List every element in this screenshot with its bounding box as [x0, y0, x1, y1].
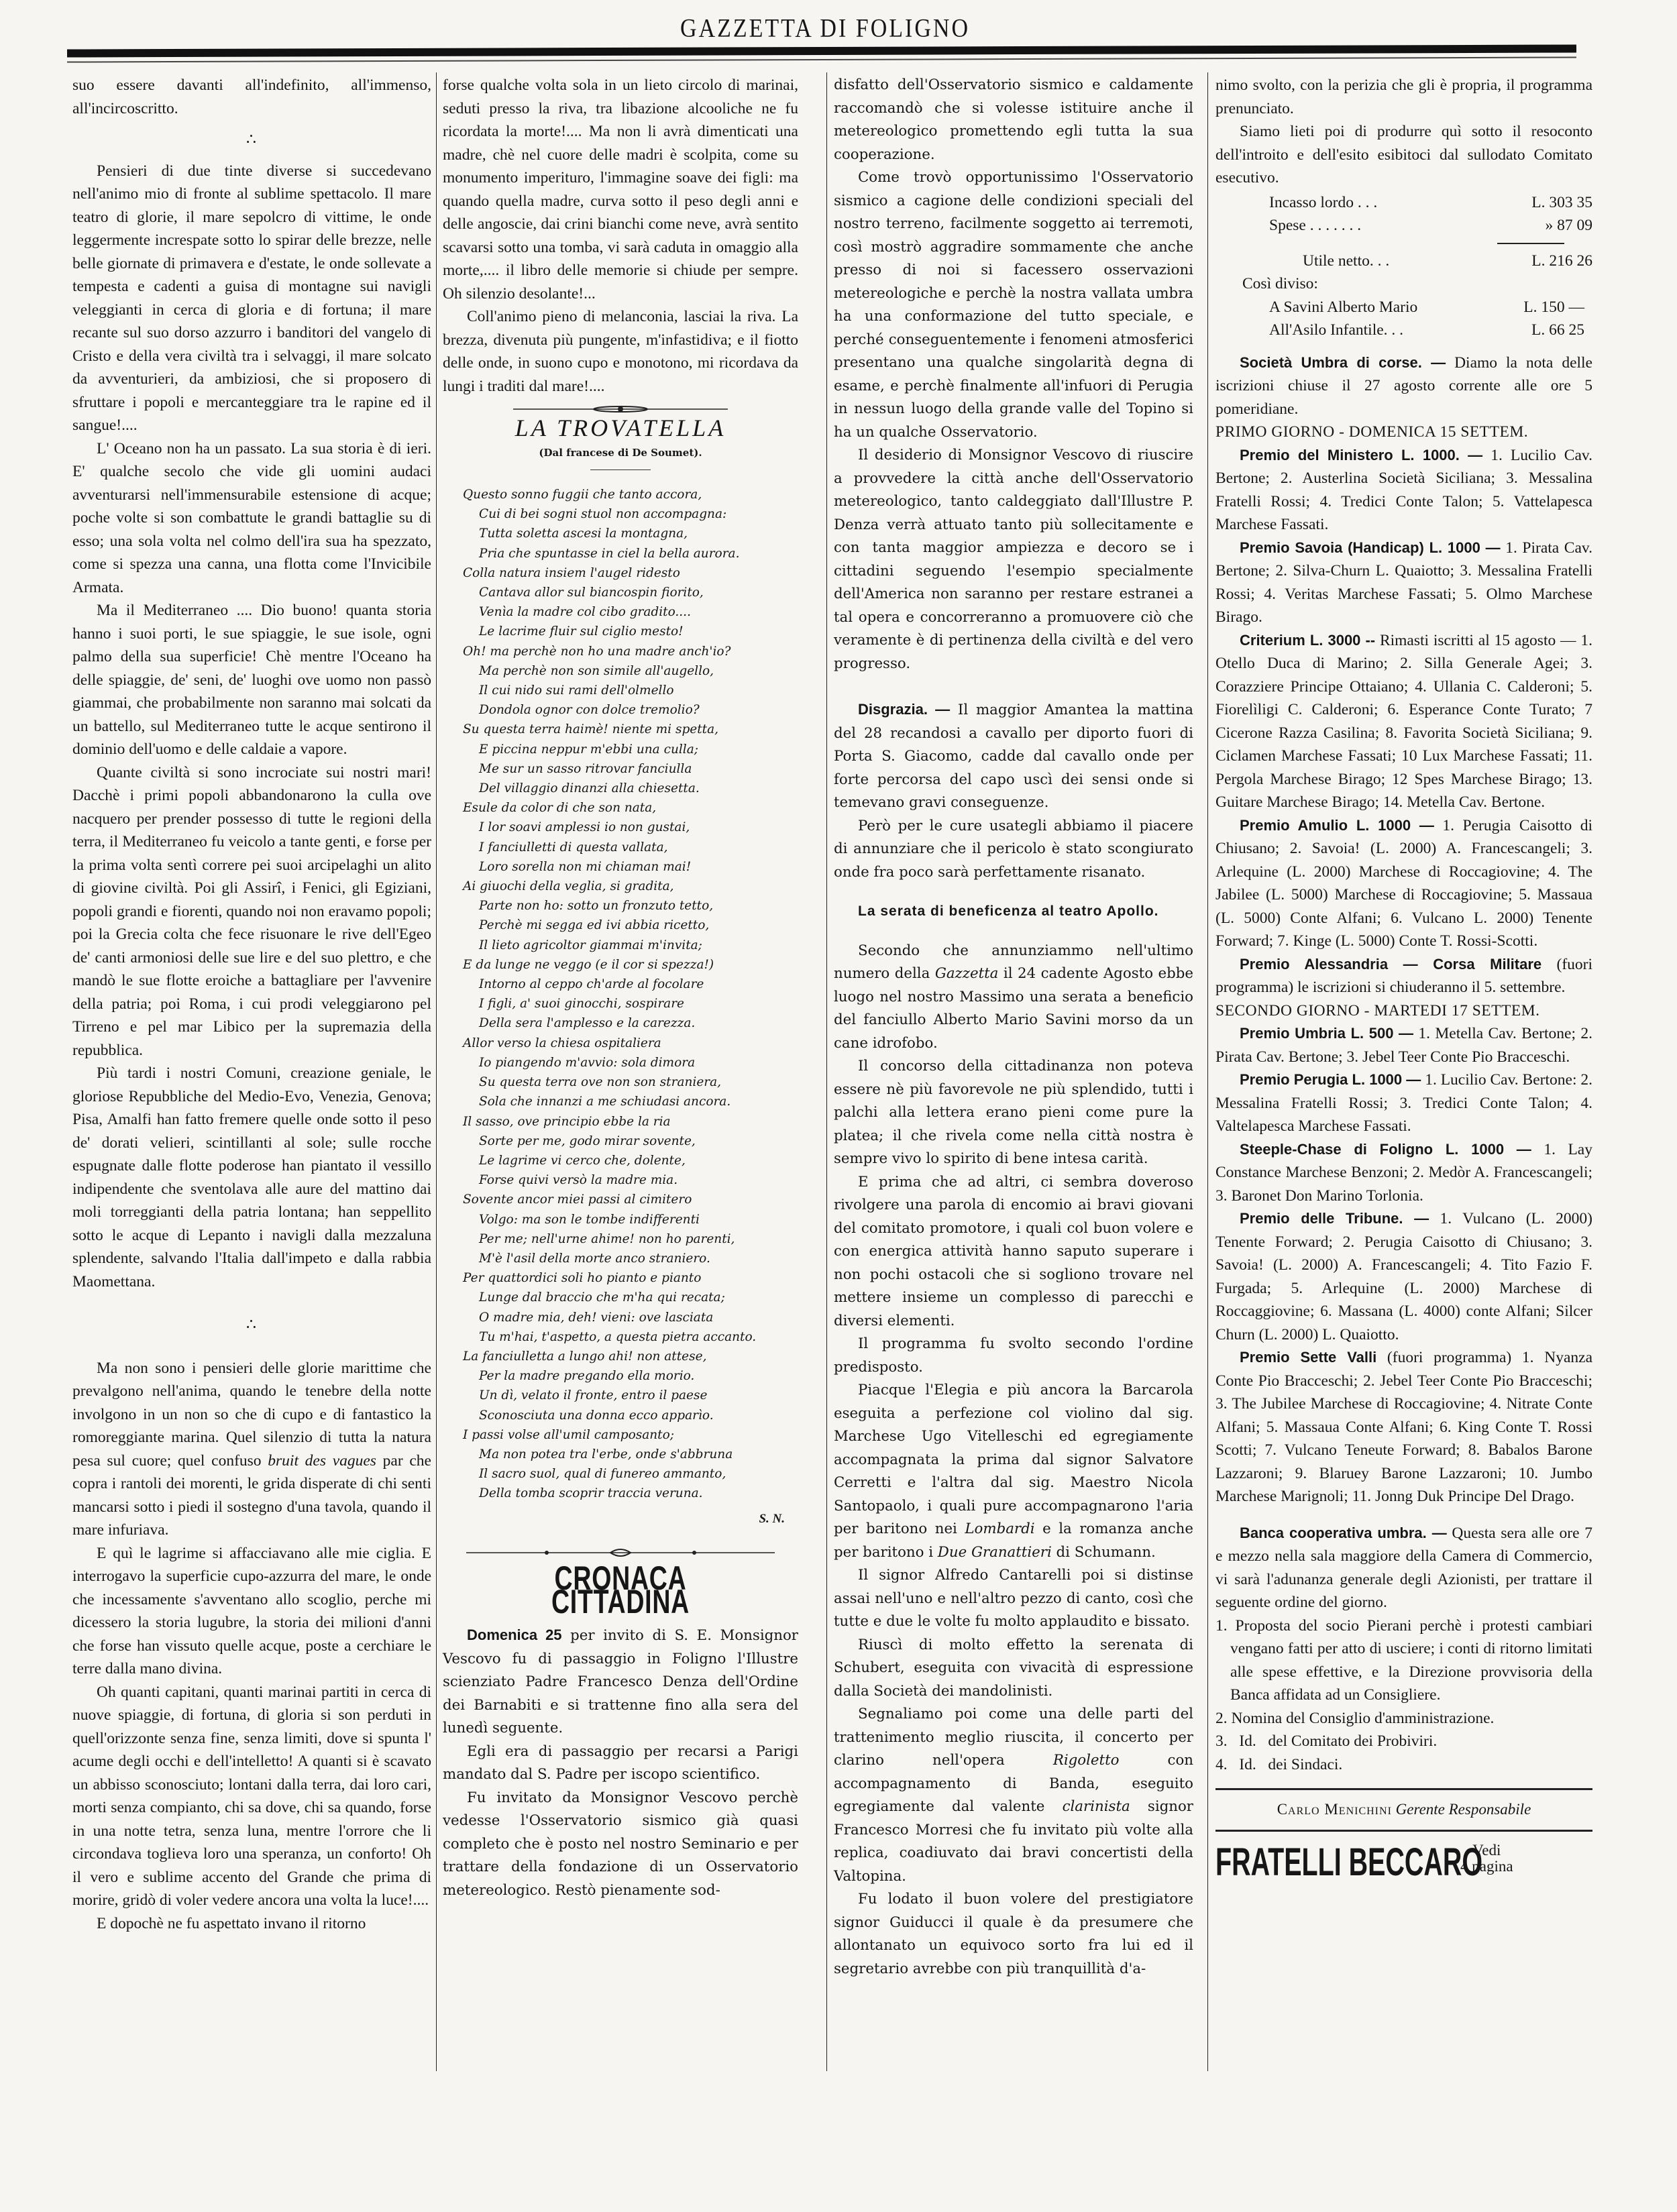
paragraph: Fu invitato da Monsignor Vescovo perchè … [443, 1787, 798, 1903]
poem-line: I figli, a' suoi ginocchi, sospirare [463, 994, 798, 1013]
poem-line: Del villaggio dinanzi alla chiesetta. [463, 779, 798, 798]
divider [590, 469, 651, 470]
poem-title: LA TROVATELLA [443, 417, 798, 440]
poem-line: Sorte per me, godo mirar sovente, [463, 1131, 798, 1151]
ad-name: FRATELLI BECCARO [1215, 1851, 1453, 1875]
paragraph: Egli era di passaggio per recarsi a Pari… [443, 1740, 798, 1787]
paragraph: E quì le lagrime si affacciavano alle mi… [72, 1542, 431, 1681]
paragraph: Il signor Alfredo Cantarelli poi si dist… [834, 1564, 1193, 1634]
section-title: CRONACA CITTADINA [487, 1567, 754, 1613]
poem-line: Intorno al ceppo ch'arde al focolare [463, 975, 798, 994]
paragraph: Domenica 25 per invito di S. E. Monsigno… [443, 1624, 798, 1740]
poem-line: Perchè mi segga ed ivi abbia ricetto, [463, 916, 798, 935]
paragraph: Pensieri di due tinte diverse si succede… [72, 160, 431, 437]
poem-line: I fanciulletti di questa vallata, [463, 838, 798, 857]
race-entry: Premio Savoia (Handicap) L. 1000 — 1. Pi… [1215, 537, 1592, 629]
column-divider [436, 72, 437, 2071]
paragraph: Fu lodato il buon volere del prestigiato… [834, 1888, 1193, 1981]
poem-line: Sola che innanzi a me schiudasi ancora. [463, 1092, 798, 1111]
paragraph: Oh quanti capitani, quanti marinai parti… [72, 1681, 431, 1912]
poem-line: Forse quivi versò la madre mia. [463, 1170, 798, 1190]
race-entry: Premio delle Tribune. — 1. Vulcano (L. 2… [1215, 1207, 1592, 1346]
paragraph: Piacque l'Elegia e più ancora la Barcaro… [834, 1379, 1193, 1564]
masthead-rule [67, 44, 1576, 57]
poem-line: Oh! ma perchè non ho una madre anch'io? [463, 642, 798, 661]
poem-line: Su questa terra haimè! niente mi spetta, [463, 720, 798, 739]
poem-line: Le lagrime vi cerco che, dolente, [463, 1151, 798, 1170]
poem-line: E piccina neppur m'ebbi una culla; [463, 740, 798, 759]
poem-line: M'è l'asil della morte anco straniero. [463, 1249, 798, 1268]
poem-line: Della sera l'amplesso e la carezza. [463, 1013, 798, 1033]
section-break-icon: ∴ [72, 1313, 431, 1337]
poem-line: Esule da color di che son nata, [463, 798, 798, 818]
paragraph: Riuscì di molto effetto la serenata di S… [834, 1634, 1193, 1704]
agenda-item: 1. Proposta del socio Pierani perchè i p… [1215, 1614, 1592, 1707]
race-entry: Premio Umbria L. 500 — 1. Metella Cav. B… [1215, 1022, 1592, 1068]
race-list: Premio Umbria L. 500 — 1. Metella Cav. B… [1215, 1022, 1592, 1508]
poem-line: O madre mia, deh! vieni: ove lasciata [463, 1308, 798, 1327]
paragraph: L' Oceano non ha un passato. La sua stor… [72, 437, 431, 600]
column-3: disfatto dell'Osservatorio sismico e cal… [834, 74, 1193, 1981]
poem-line: Cui di bei sogni stuol non accompagna: [463, 504, 798, 524]
poem-line: Un dì, velato il fronte, entro il paese [463, 1386, 798, 1405]
poem-line: Ai giuochi della veglia, si gradita, [463, 877, 798, 896]
poem-line: I passi volse all'umil camposanto; [463, 1425, 798, 1445]
advertisement: FRATELLI BECCARO Vedi4 pagina [1215, 1842, 1592, 1875]
poem-line: E da lunge ne veggo (e il cor si spezza!… [463, 955, 798, 975]
paragraph: Più tardi i nostri Comuni, creazione gen… [72, 1062, 431, 1293]
poem-line: Su questa terra ove non son straniera, [463, 1072, 798, 1092]
paragraph: Come trovò opportunissimo l'Osservatorio… [834, 166, 1193, 444]
paragraph: nimo svolto, con la perizia che gli è pr… [1215, 74, 1592, 120]
poem-line: Per quattordici soli ho pianto e pianto [463, 1268, 798, 1288]
poem-line: Colla natura insiem l'augel ridesto [463, 563, 798, 583]
agenda-item: 2. Nomina del Consiglio d'amministrazion… [1215, 1707, 1592, 1730]
poem-line: Me sur un sasso ritrovar fanciulla [463, 759, 798, 779]
paragraph: Segnaliamo poi come una delle parti del … [834, 1703, 1193, 1888]
column-4: nimo svolto, con la perizia che gli è pr… [1215, 74, 1592, 1875]
masthead-title: GAZZETTA DI FOLIGNO [67, 14, 1583, 44]
masthead-rule-thin [67, 56, 1576, 62]
paragraph: Coll'animo pieno di melanconia, lasciai … [443, 305, 798, 398]
poem-line: Io piangendo m'avvio: sola dimora [463, 1053, 798, 1072]
race-entry: Premio Alessandria — Corsa Militare (fuo… [1215, 953, 1592, 999]
poem-line: Il sasso, ove principio ebbe la ria [463, 1112, 798, 1131]
paragraph: Secondo che annunziammo nell'ultimo nume… [834, 940, 1193, 1056]
paragraph: Disgrazia. — Il maggior Amantea la matti… [834, 698, 1193, 815]
article-heading: La serata di beneficenza al teatro Apoll… [834, 900, 1193, 924]
paragraph: forse qualche volta sola in un lieto cir… [443, 74, 798, 305]
poem-line: Il cui nido sui rami dell'olmello [463, 681, 798, 700]
column-1: suo essere davanti all'indefinito, all'i… [72, 74, 431, 1935]
poem-line: Il lieto agricoltor giammai m'invita; [463, 936, 798, 955]
poem-line: Le lacrime fluir sul ciglio mesto! [463, 622, 798, 641]
poem-line: Sconosciuta una donna ecco apparìo. [463, 1406, 798, 1425]
paragraph: Ma il Mediterraneo .... Dio buono! quant… [72, 599, 431, 761]
poem-line: Il sacro suol, qual di funereo ammanto, [463, 1464, 798, 1484]
paragraph: Però per le cure usategli abbiamo il pia… [834, 815, 1193, 885]
poem-line: Ma non potea tra l'erbe, onde s'abbruna [463, 1445, 798, 1464]
poem-body: Questo sonno fuggii che tanto accora,Cui… [443, 485, 798, 1504]
paragraph: suo essere davanti all'indefinito, all'i… [72, 74, 431, 120]
poem-line: Allor verso la chiesa ospitaliera [463, 1034, 798, 1053]
agenda-item: 4. Id. dei Sindaci. [1215, 1753, 1592, 1777]
financial-statement: Incasso lordo . . .L. 303 35 Spese . . .… [1215, 191, 1592, 342]
poem-line: Per me; nell'urne ahime! non ho parenti, [463, 1229, 798, 1249]
paragraph: Siamo lieti poi di produrre quì sotto il… [1215, 120, 1592, 190]
paragraph: E prima che ad altri, ci sembra doveroso… [834, 1171, 1193, 1333]
poem-line: Cantava allor sul biancospin fiorito, [463, 583, 798, 602]
poem-line: I lor soavi amplessi io non gustai, [463, 818, 798, 837]
paragraph: E dopochè ne fu aspettato invano il rito… [72, 1912, 431, 1936]
race-entry: Premio Sette Valli (fuori programma) 1. … [1215, 1346, 1592, 1508]
poem-line: Venìa la madre col cibo gradito.... [463, 602, 798, 622]
poem-signature: S. N. [443, 1508, 798, 1531]
paragraph: Banca cooperativa umbra. — Questa sera a… [1215, 1522, 1592, 1614]
ornament-divider-icon [443, 1548, 798, 1557]
paragraph: Il concorso della cittadinanza non potev… [834, 1055, 1193, 1171]
section-break-icon: ∴ [72, 128, 431, 152]
poem-line: Loro sorella non mi chiaman mai! [463, 857, 798, 877]
divider [1215, 1830, 1592, 1832]
paragraph: Il desiderio di Monsignor Vescovo di riu… [834, 444, 1193, 675]
paragraph: Quante civiltà si sono incrociate sui no… [72, 761, 431, 1062]
agenda-list: 1. Proposta del socio Pierani perchè i p… [1215, 1614, 1592, 1777]
race-entry: Premio Perugia L. 1000 — 1. Lucilio Cav.… [1215, 1068, 1592, 1138]
race-list: Premio del Ministero L. 1000. — 1. Lucil… [1215, 444, 1592, 999]
paragraph: Il programma fu svolto secondo l'ordine … [834, 1333, 1193, 1379]
poem-line: Per la madre pregando ella morio. [463, 1366, 798, 1386]
divider [1215, 1788, 1592, 1790]
ornament-divider-icon [443, 404, 798, 414]
poem-line: Sovente ancor miei passi al cimitero [463, 1190, 798, 1209]
responsible-manager: Carlo Menichini Gerente Responsabile [1215, 1798, 1592, 1822]
race-entry: Steeple-Chase di Foligno L. 1000 — 1. La… [1215, 1138, 1592, 1208]
poem-line: La fanciulletta a lungo ahi! non attese, [463, 1347, 798, 1366]
poem-line: Dondola ognor con dolce tremolio? [463, 700, 798, 720]
column-divider [1207, 72, 1208, 2071]
race-day-heading: SECONDO GIORNO - MARTEDI 17 SETTEM. [1215, 999, 1592, 1023]
column-2: forse qualche volta sola in un lieto cir… [443, 74, 798, 1902]
poem-line: Pria che spuntasse in ciel la bella auro… [463, 544, 798, 563]
race-entry: Premio Amulio L. 1000 — 1. Perugia Caiso… [1215, 814, 1592, 953]
paragraph: Società Umbra di corse. — Diamo la nota … [1215, 351, 1592, 421]
race-entry: Premio del Ministero L. 1000. — 1. Lucil… [1215, 444, 1592, 537]
agenda-item: 3. Id. del Comitato dei Probiviri. [1215, 1730, 1592, 1753]
race-entry: Criterium L. 3000 -- Rimasti iscritti al… [1215, 629, 1592, 814]
column-divider [826, 72, 827, 2071]
poem-line: Lunge dal braccio che m'ha qui recata; [463, 1288, 798, 1307]
poem-line: Parte non ho: sotto un fronzuto tetto, [463, 896, 798, 916]
poem-line: Tutta soletta ascesi la montagna, [463, 524, 798, 543]
poem-line: Ma perchè non son simile all'augello, [463, 661, 798, 681]
poem-line: Questo sonno fuggii che tanto accora, [463, 485, 798, 504]
poem-subtitle: (Dal francese di De Soumet). [443, 441, 798, 465]
poem-line: Tu m'hai, t'aspetto, a questa pietra acc… [463, 1327, 798, 1347]
race-day-heading: PRIMO GIORNO - DOMENICA 15 SETTEM. [1215, 421, 1592, 444]
paragraph: Ma non sono i pensieri delle glorie mari… [72, 1357, 431, 1542]
paragraph: disfatto dell'Osservatorio sismico e cal… [834, 74, 1193, 166]
poem-line: Della tomba scoprir traccia veruna. [463, 1484, 798, 1503]
poem-line: Volgo: ma son le tombe indifferenti [463, 1210, 798, 1229]
